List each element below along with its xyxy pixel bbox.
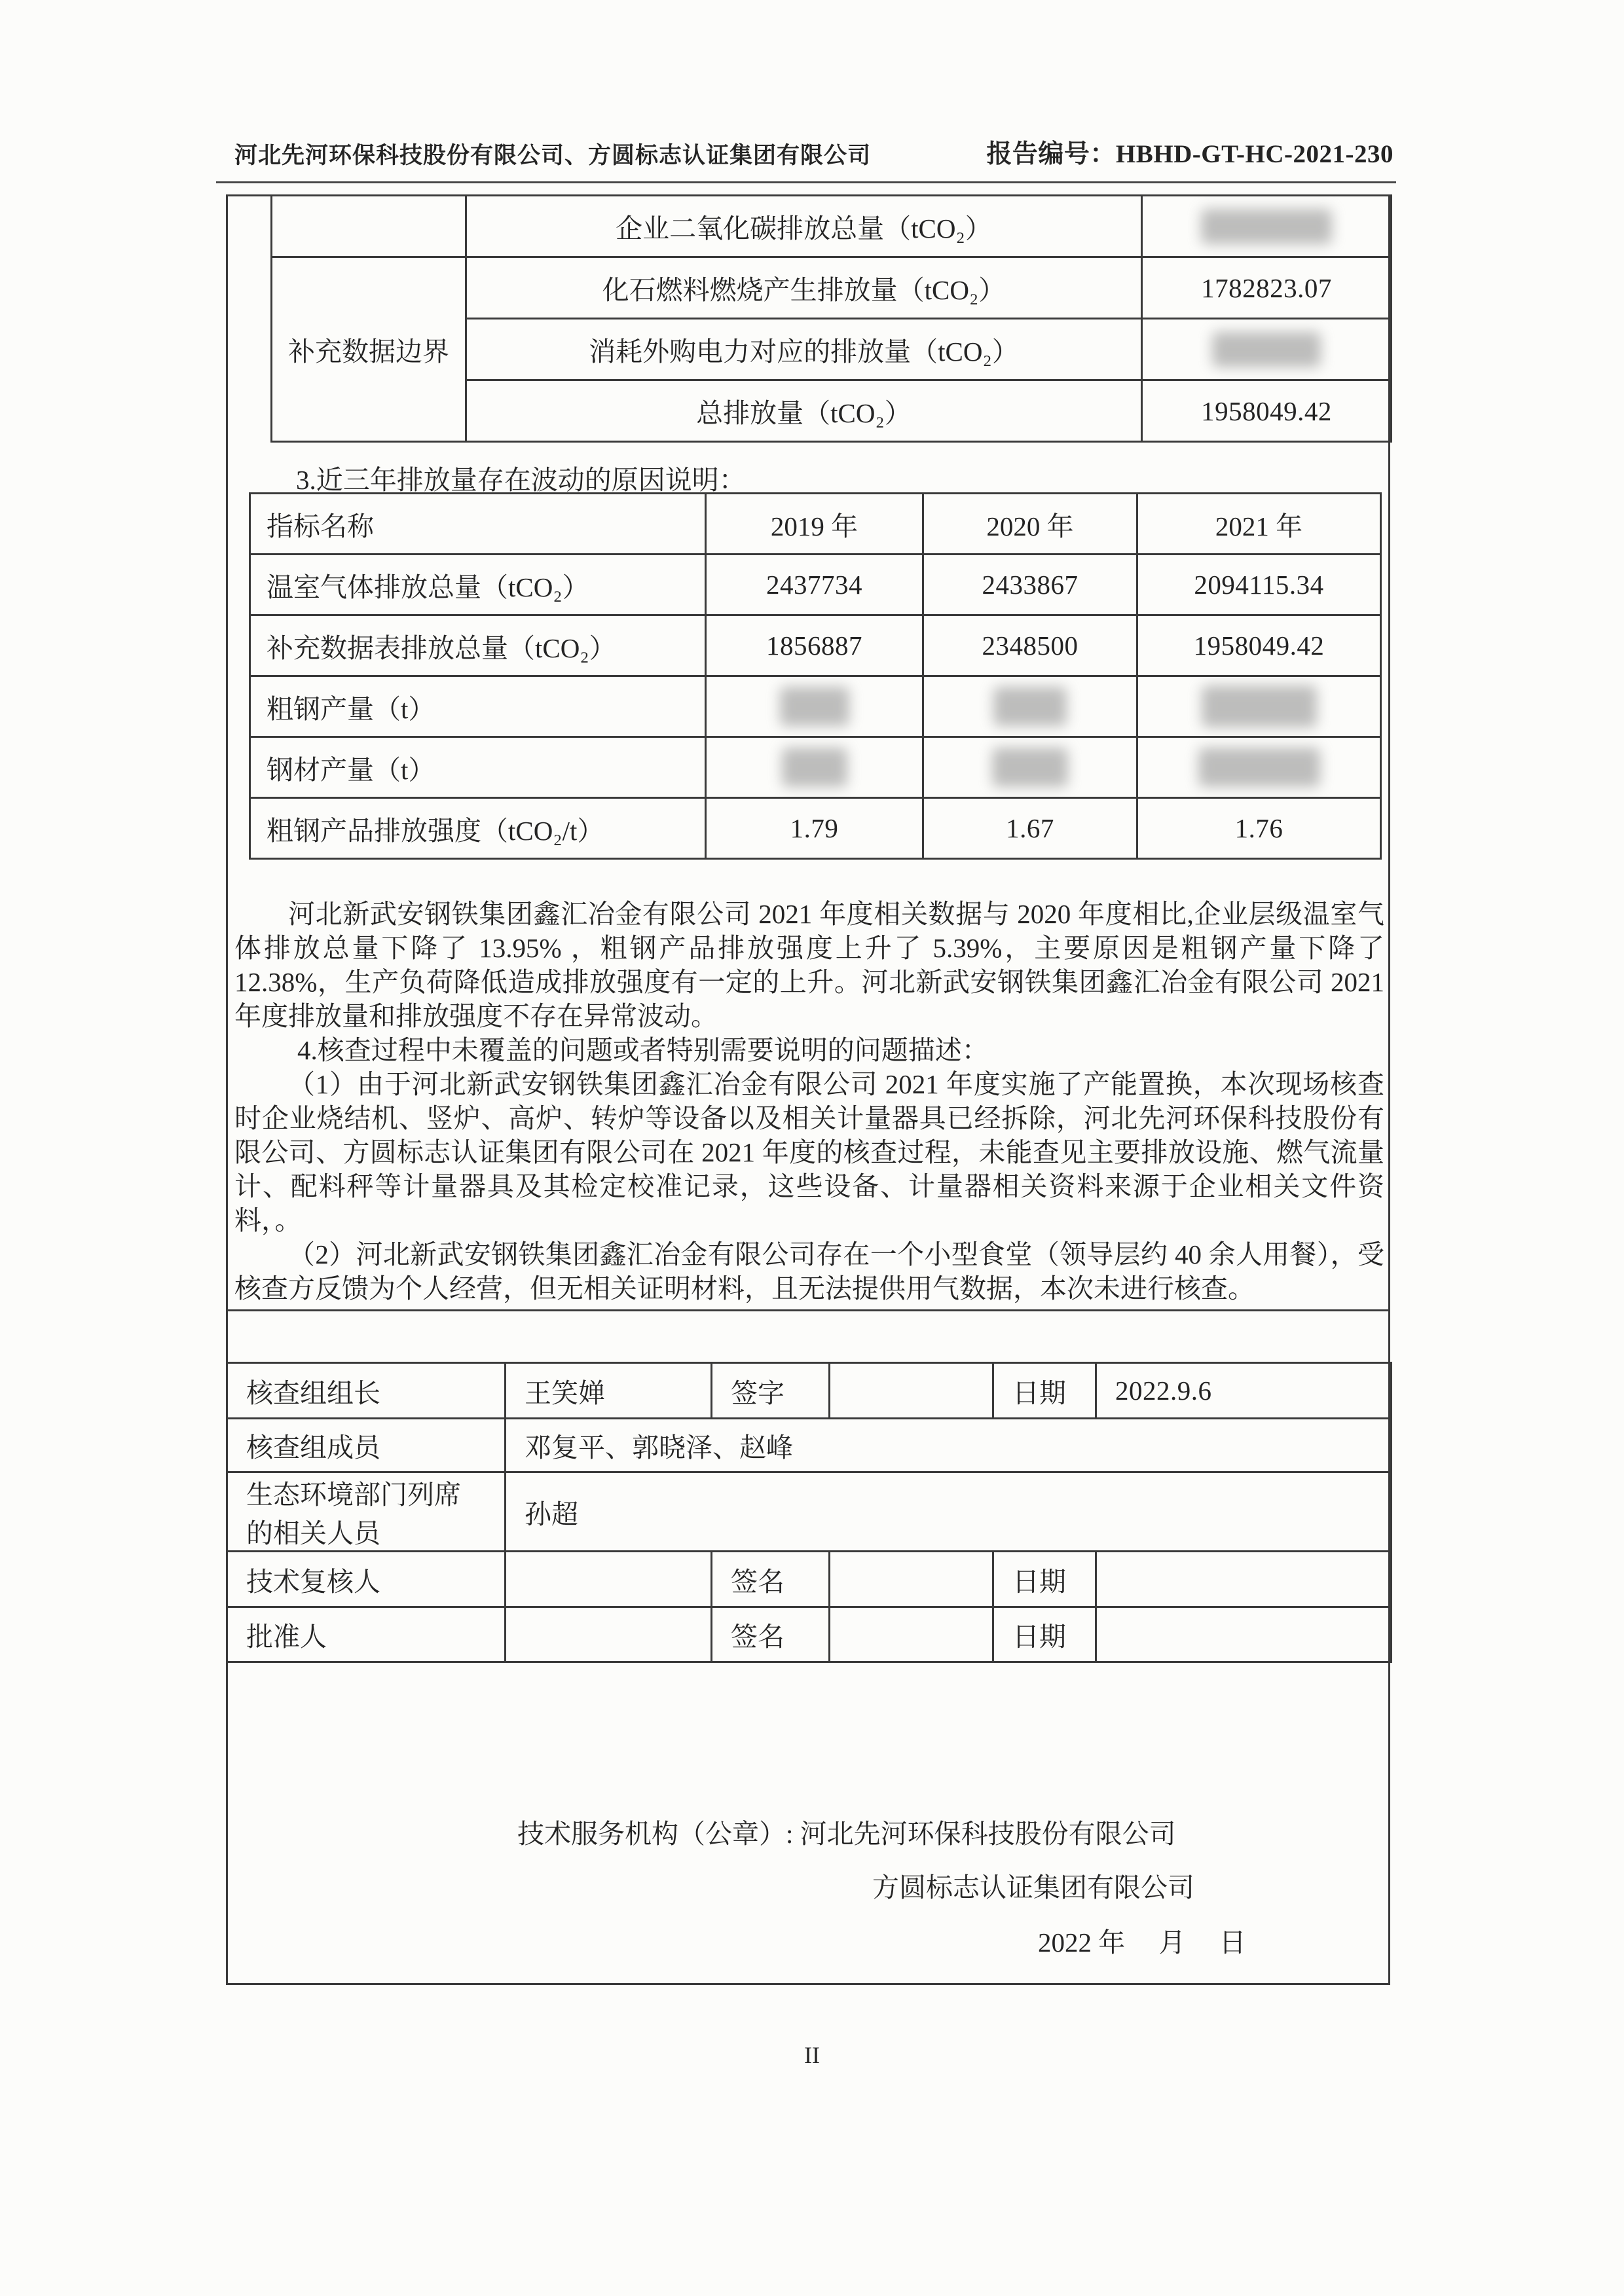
name-cell bbox=[506, 1552, 712, 1607]
redacted-value bbox=[1212, 332, 1321, 367]
role-cell: 核查组成员 bbox=[227, 1419, 506, 1472]
value-cell bbox=[706, 676, 923, 737]
value-cell: 1.79 bbox=[706, 798, 923, 859]
service-agency-line2: 方圆标志认证集团有限公司 bbox=[872, 1866, 1194, 1904]
table-row: 钢材产量（t） bbox=[250, 737, 1381, 798]
date-label-cell: 日期 bbox=[993, 1552, 1096, 1607]
value-cell bbox=[706, 737, 923, 798]
divider-rule bbox=[226, 1309, 1390, 1311]
table-row: 核查组组长 王笑婵 签字 日期 2022.9.6 bbox=[227, 1363, 1392, 1419]
analysis-paragraph: （1）由于河北新武安钢铁集团鑫汇冶金有限公司 2021 年度实施了产能置换，本次… bbox=[234, 1067, 1384, 1237]
value-cell: 2433867 bbox=[923, 555, 1137, 615]
analysis-paragraph: （2）河北新武安钢铁集团鑫汇冶金有限公司存在一个小型食堂（领导层约 40 余人用… bbox=[234, 1237, 1384, 1305]
header-organizations: 河北先河环保科技股份有限公司、方圆标志认证集团有限公司 bbox=[234, 137, 871, 170]
emissions-comparison-table: 指标名称 2019 年 2020 年 2021 年 温室气体排放总量（tCO₂）… bbox=[249, 492, 1382, 860]
table-row: 补充数据边界 化石燃料燃烧产生排放量（tCO₂） 1782823.07 bbox=[272, 257, 1392, 319]
indicator-cell: 补充数据表排放总量（tCO₂） bbox=[250, 615, 706, 676]
metric-cell: 化石燃料燃烧产生排放量（tCO₂） bbox=[466, 257, 1142, 319]
table-row: 粗钢产品排放强度（tCO₂/t） 1.79 1.67 1.76 bbox=[250, 798, 1381, 859]
service-agency-line: 技术服务机构（公章）: 河北先河环保科技股份有限公司 bbox=[517, 1812, 1176, 1851]
signature-field bbox=[830, 1552, 993, 1607]
empty-cell bbox=[272, 196, 466, 257]
table-row: 补充数据表排放总量（tCO₂） 1856887 2348500 1958049.… bbox=[250, 615, 1381, 676]
table-row: 温室气体排放总量（tCO₂） 2437734 2433867 2094115.3… bbox=[250, 555, 1381, 615]
analysis-paragraph: 河北新武安钢铁集团鑫汇冶金有限公司 2021 年度相关数据与 2020 年度相比… bbox=[234, 897, 1384, 1033]
indicator-cell: 温室气体排放总量（tCO₂） bbox=[250, 555, 706, 615]
value-cell bbox=[1137, 737, 1381, 798]
value-cell bbox=[1137, 676, 1381, 737]
role-cell: 批准人 bbox=[227, 1607, 506, 1662]
value-cell bbox=[923, 676, 1137, 737]
column-header: 指标名称 bbox=[250, 494, 706, 555]
column-header: 2020 年 bbox=[923, 494, 1137, 555]
name-cell bbox=[506, 1607, 712, 1662]
table-row: 企业二氧化碳排放总量（tCO₂） bbox=[272, 196, 1392, 257]
indicator-cell: 粗钢产量（t） bbox=[250, 676, 706, 737]
value-cell: 1782823.07 bbox=[1142, 257, 1392, 319]
table-row: 技术复核人 签名 日期 bbox=[227, 1552, 1392, 1607]
value-cell: 1.76 bbox=[1137, 798, 1381, 859]
date-label-cell: 日期 bbox=[993, 1363, 1096, 1419]
redacted-value bbox=[780, 687, 849, 726]
signature-field bbox=[830, 1363, 993, 1419]
value-cell: 2348500 bbox=[923, 615, 1137, 676]
redacted-value bbox=[782, 748, 847, 787]
table-header-row: 指标名称 2019 年 2020 年 2021 年 bbox=[250, 494, 1381, 555]
section3-heading: 3.近三年排放量存在波动的原因说明： bbox=[296, 458, 746, 497]
sign-label-cell: 签字 bbox=[712, 1363, 830, 1419]
metric-cell: 总排放量（tCO₂） bbox=[466, 380, 1142, 442]
analysis-text-block: 河北新武安钢铁集团鑫汇冶金有限公司 2021 年度相关数据与 2020 年度相比… bbox=[234, 897, 1384, 1305]
page-number: II bbox=[0, 2041, 1624, 2069]
section4-heading: 4.核查过程中未覆盖的问题或者特别需要说明的问题描述： bbox=[234, 1033, 1384, 1067]
boundary-span-label: 补充数据边界 bbox=[272, 257, 466, 442]
indicator-cell: 粗钢产品排放强度（tCO₂/t） bbox=[250, 798, 706, 859]
table-row: 粗钢产量（t） bbox=[250, 676, 1381, 737]
sign-label-cell: 签名 bbox=[712, 1607, 830, 1662]
value-cell bbox=[923, 737, 1137, 798]
date-value-cell bbox=[1096, 1552, 1392, 1607]
value-cell bbox=[1142, 196, 1392, 257]
indicator-cell: 钢材产量（t） bbox=[250, 737, 706, 798]
redacted-value bbox=[993, 687, 1067, 726]
redacted-value bbox=[1202, 685, 1317, 727]
names-cell: 邓复平、郭晓泽、赵峰 bbox=[506, 1419, 1392, 1472]
value-cell: 1856887 bbox=[706, 615, 923, 676]
column-header: 2021 年 bbox=[1137, 494, 1381, 555]
value-cell: 1958049.42 bbox=[1142, 380, 1392, 442]
name-cell: 王笑婵 bbox=[506, 1363, 712, 1419]
date-value-cell: 2022.9.6 bbox=[1096, 1363, 1392, 1419]
signature-field bbox=[830, 1607, 993, 1662]
signature-table: 核查组组长 王笑婵 签字 日期 2022.9.6 核查组成员 邓复平、郭晓泽、赵… bbox=[226, 1362, 1392, 1663]
report-number: 报告编号：HBHD-GT-HC-2021-230 bbox=[986, 134, 1393, 170]
role-cell: 核查组组长 bbox=[227, 1363, 506, 1419]
metric-cell: 消耗外购电力对应的排放量（tCO₂） bbox=[466, 319, 1142, 380]
redacted-value bbox=[1201, 209, 1332, 244]
stamp-date-line: 2022 年 月 日 bbox=[1038, 1921, 1246, 1959]
table-row: 批准人 签名 日期 bbox=[227, 1607, 1392, 1662]
value-cell: 2094115.34 bbox=[1137, 555, 1381, 615]
value-cell: 1.67 bbox=[923, 798, 1137, 859]
header-rule bbox=[216, 181, 1396, 183]
role-cell: 技术复核人 bbox=[227, 1552, 506, 1607]
column-header: 2019 年 bbox=[706, 494, 923, 555]
value-cell bbox=[1142, 319, 1392, 380]
value-cell: 1958049.42 bbox=[1137, 615, 1381, 676]
scanned-report-page: 河北先河环保科技股份有限公司、方圆标志认证集团有限公司 报告编号：HBHD-GT… bbox=[0, 0, 1624, 2296]
value-cell: 2437734 bbox=[706, 555, 923, 615]
redacted-value bbox=[992, 748, 1068, 787]
date-label-cell: 日期 bbox=[993, 1607, 1096, 1662]
table-row: 生态环境部门列席的相关人员 孙超 bbox=[227, 1472, 1392, 1552]
table-row: 核查组成员 邓复平、郭晓泽、赵峰 bbox=[227, 1419, 1392, 1472]
sign-label-cell: 签名 bbox=[712, 1552, 830, 1607]
role-cell: 生态环境部门列席的相关人员 bbox=[227, 1472, 506, 1552]
supplementary-data-table: 企业二氧化碳排放总量（tCO₂） 补充数据边界 化石燃料燃烧产生排放量（tCO₂… bbox=[270, 194, 1392, 443]
names-cell: 孙超 bbox=[506, 1472, 1392, 1552]
metric-cell: 企业二氧化碳排放总量（tCO₂） bbox=[466, 196, 1142, 257]
redacted-value bbox=[1198, 748, 1320, 787]
date-value-cell bbox=[1096, 1607, 1392, 1662]
